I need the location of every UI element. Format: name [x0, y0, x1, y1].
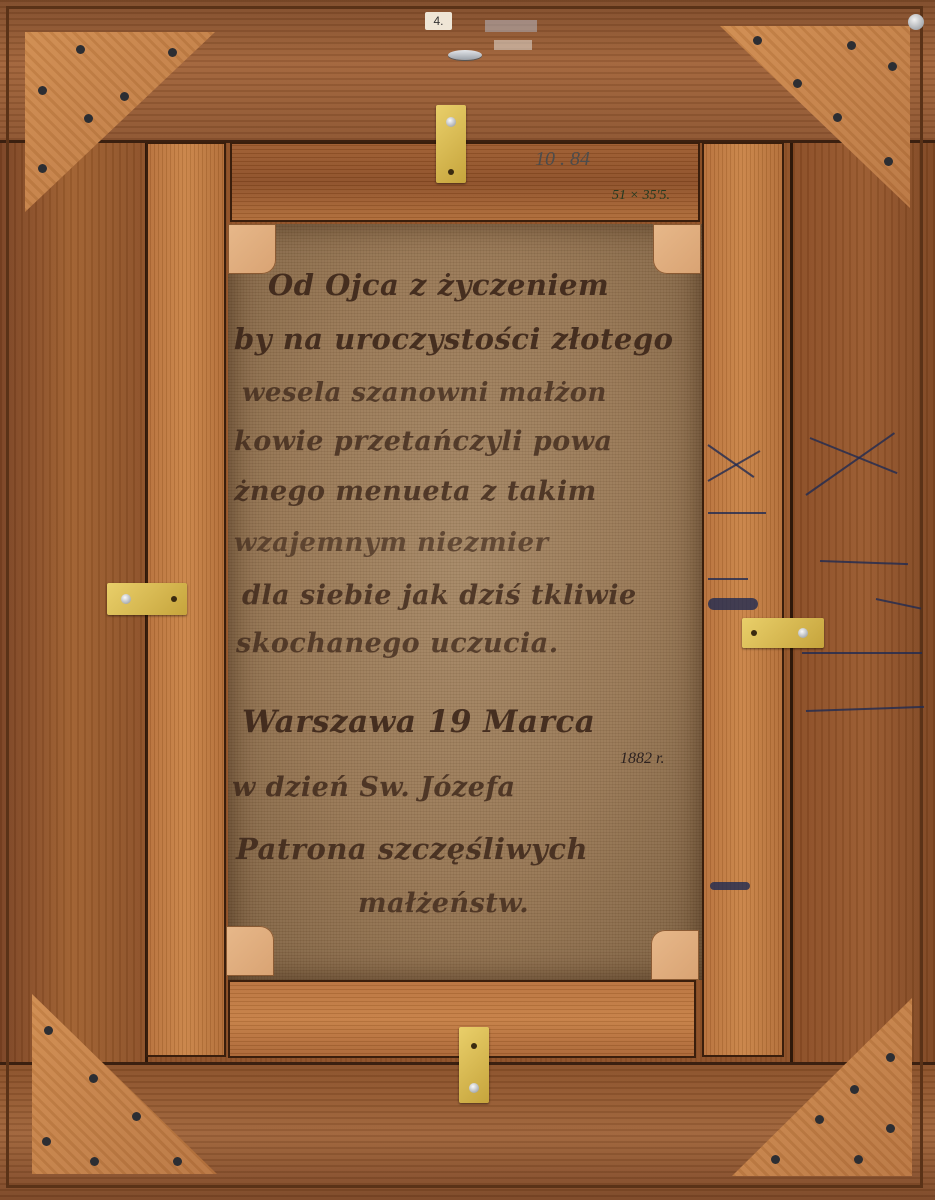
pencil-inventory-number: 10 . 84 [535, 148, 590, 171]
nail-icon [815, 1115, 824, 1124]
nail-icon [854, 1155, 863, 1164]
inscription-line: w dzień Sw. Józefa [232, 772, 516, 803]
crayon-mark [708, 598, 758, 610]
brass-bracket-top [436, 105, 466, 183]
screw-icon [469, 1083, 479, 1093]
nail-icon [886, 1053, 895, 1062]
crayon-mark [708, 512, 766, 514]
inscription-line: kowie przetańczyli powa [234, 426, 613, 457]
nail-icon [76, 45, 85, 54]
paper-label: 4. [425, 12, 452, 30]
brass-bracket-right [742, 618, 824, 648]
nail-icon [120, 92, 129, 101]
inscription-line: dla siebie jak dziś tkliwie [242, 580, 637, 611]
nail-icon [168, 48, 177, 57]
nail-icon [833, 113, 842, 122]
painting-back-scene: Od Ojca z życzeniem by na uroczystości z… [0, 0, 935, 1200]
screw-icon [121, 594, 131, 604]
nail-icon [884, 157, 893, 166]
brass-bracket-left [107, 583, 187, 615]
tape-residue [494, 40, 532, 50]
nail-icon [753, 36, 762, 45]
nail-icon [847, 41, 856, 50]
inscription-year: 1882 r. [620, 750, 664, 768]
inscription-line: Patrona szczęśliwych [236, 832, 588, 866]
nail-icon [132, 1112, 141, 1121]
nail-icon [42, 1137, 51, 1146]
hole-icon [171, 596, 177, 602]
tape-residue [485, 20, 537, 32]
inscription-line: by na uroczystości złotego [234, 322, 673, 356]
inscription-line: wesela szanowni małżon [242, 378, 607, 408]
inscription-line: Warszawa 19 Marca [242, 704, 595, 740]
crayon-mark [708, 578, 748, 580]
crayon-mark [710, 882, 750, 890]
inscription-line: wzajemnym niezmier [234, 528, 549, 558]
nail-icon [38, 86, 47, 95]
inscription-line: żnego menueta z takim [234, 476, 597, 507]
screw-icon [908, 14, 924, 30]
stretcher-key-bottom-right [651, 930, 699, 980]
nail-icon [38, 164, 47, 173]
nail-icon [771, 1155, 780, 1164]
nail-icon [888, 62, 897, 71]
nail-icon [44, 1026, 53, 1035]
screw-icon [798, 628, 808, 638]
inscription-line: małżeństw. [358, 888, 529, 919]
stretcher-key-bottom-left [226, 926, 274, 976]
stretcher-key-top-right [653, 224, 701, 274]
nail-icon [173, 1157, 182, 1166]
nail-icon [89, 1074, 98, 1083]
hole-icon [448, 169, 454, 175]
pencil-dimensions: 51 × 35'5. [612, 188, 670, 204]
crayon-mark [802, 652, 922, 654]
stretcher-key-top-left [228, 224, 276, 274]
inscription-line: Od Ojca z życzeniem [268, 268, 609, 302]
nail-icon [90, 1157, 99, 1166]
hanging-screw-icon [448, 50, 482, 60]
nail-icon [886, 1124, 895, 1133]
nail-icon [793, 79, 802, 88]
brass-bracket-bottom [459, 1027, 489, 1103]
nail-icon [850, 1085, 859, 1094]
hole-icon [751, 630, 757, 636]
inscription-line: skochanego uczucia. [236, 628, 559, 659]
nail-icon [84, 114, 93, 123]
screw-icon [446, 117, 456, 127]
hole-icon [471, 1043, 477, 1049]
frame-rail-right [790, 0, 935, 1200]
